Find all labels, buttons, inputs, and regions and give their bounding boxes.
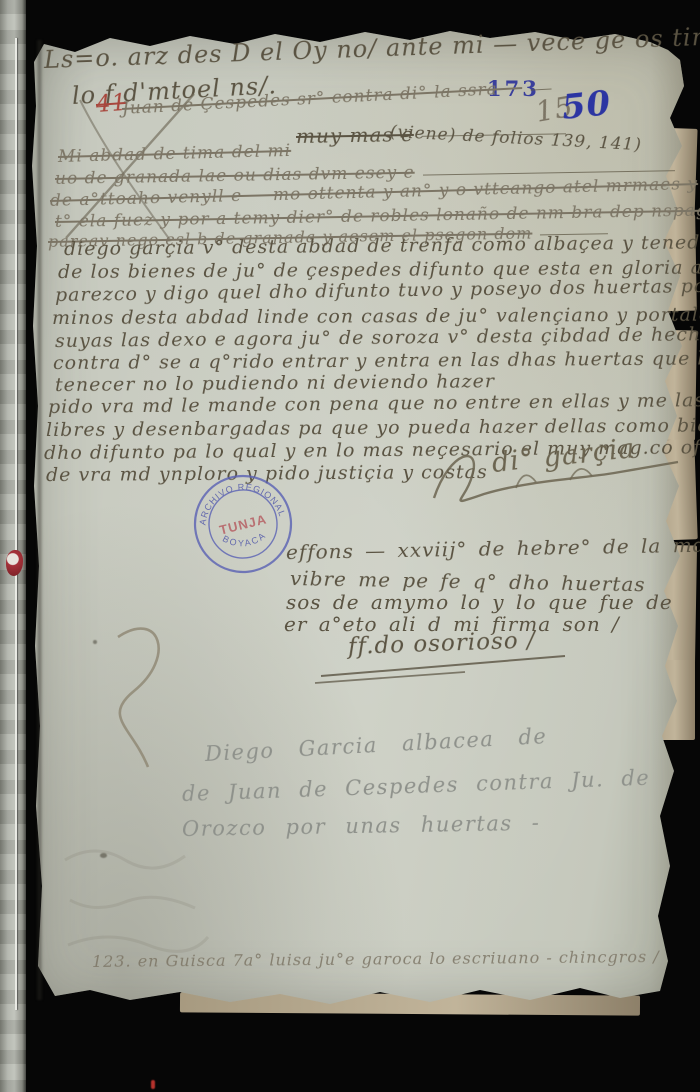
struck-muymas-text: muy mas e (296, 122, 414, 148)
header-line-1: Ls=o. arz des D el Oy no/ ante mi — vece… (44, 22, 700, 74)
manuscript-photo: Ls=o. arz des D el Oy no/ ante mi — vece… (0, 0, 700, 1092)
pencil-note-line: Orozco por unas huertas - (182, 811, 541, 841)
struck-muymas: muy mas e (296, 119, 566, 148)
decree-line: sos de amymo lo y lo que fue de (286, 590, 673, 614)
decree-line: effons — xxviij° de hebre° de la md (286, 533, 700, 564)
decree-signature-rubric (315, 648, 575, 688)
strike-stroke (423, 170, 675, 175)
pencil-note-line: Diego Garcia albacea de (204, 724, 547, 766)
handwriting-layer: Ls=o. arz des D el Oy no/ ante mi — vece… (0, 0, 700, 1092)
strike-stroke (530, 88, 551, 90)
footer-inscription: 123. en Guisca 7a° luisa ju°e garoca lo … (92, 947, 660, 971)
archive-stamp: ARCHIVO REGIONAL BOYACA TUNJA (186, 467, 300, 581)
year-blue-ink: 50 (560, 83, 613, 128)
pencil-note-line: de Juan de Cespedes contra Ju. de (182, 766, 651, 806)
strike-stroke (422, 133, 566, 137)
s-flourish (88, 615, 198, 780)
petitioner-signature: di° garçia (420, 438, 690, 518)
petition-line: contra d° se a q°rido entrar y entra en … (53, 347, 700, 374)
